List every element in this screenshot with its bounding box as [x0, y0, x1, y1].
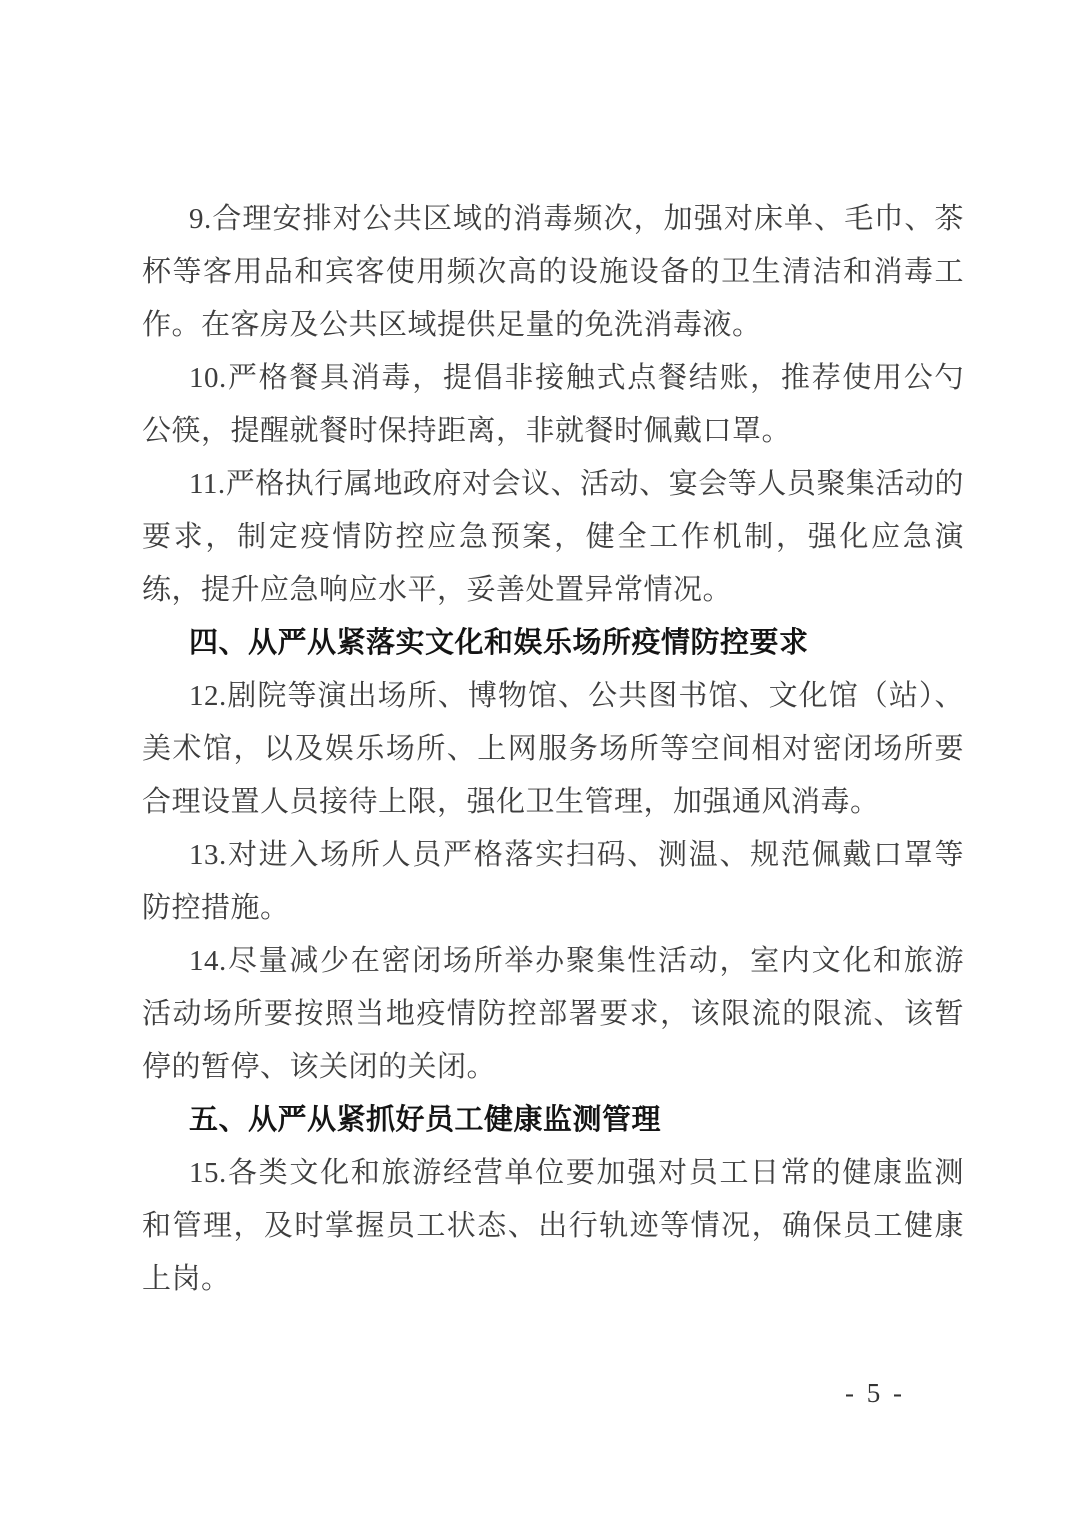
document-page: 9.合理安排对公共区域的消毒频次，加强对床单、毛巾、茶杯等客用品和宾客使用频次高… — [0, 0, 1080, 1527]
paragraph-item-13: 13.对进入场所人员严格落实扫码、测温、规范佩戴口罩等防控措施。 — [142, 829, 964, 935]
paragraph-item-9: 9.合理安排对公共区域的消毒频次，加强对床单、毛巾、茶杯等客用品和宾客使用频次高… — [142, 193, 964, 352]
paragraph-item-10: 10.严格餐具消毒，提倡非接触式点餐结账，推荐使用公勺公筷，提醒就餐时保持距离，… — [142, 352, 964, 458]
section-heading-5: 五、从严从紧抓好员工健康监测管理 — [142, 1094, 964, 1147]
document-content: 9.合理安排对公共区域的消毒频次，加强对床单、毛巾、茶杯等客用品和宾客使用频次高… — [142, 193, 964, 1306]
page-number: - 5 - — [845, 1378, 905, 1409]
paragraph-item-12: 12.剧院等演出场所、博物馆、公共图书馆、文化馆（站）、美术馆，以及娱乐场所、上… — [142, 670, 964, 829]
paragraph-item-15: 15.各类文化和旅游经营单位要加强对员工日常的健康监测和管理，及时掌握员工状态、… — [142, 1147, 964, 1306]
paragraph-item-14: 14.尽量减少在密闭场所举办聚集性活动，室内文化和旅游活动场所要按照当地疫情防控… — [142, 935, 964, 1094]
paragraph-item-11: 11.严格执行属地政府对会议、活动、宴会等人员聚集活动的要求，制定疫情防控应急预… — [142, 458, 964, 617]
section-heading-4: 四、从严从紧落实文化和娱乐场所疫情防控要求 — [142, 617, 964, 670]
